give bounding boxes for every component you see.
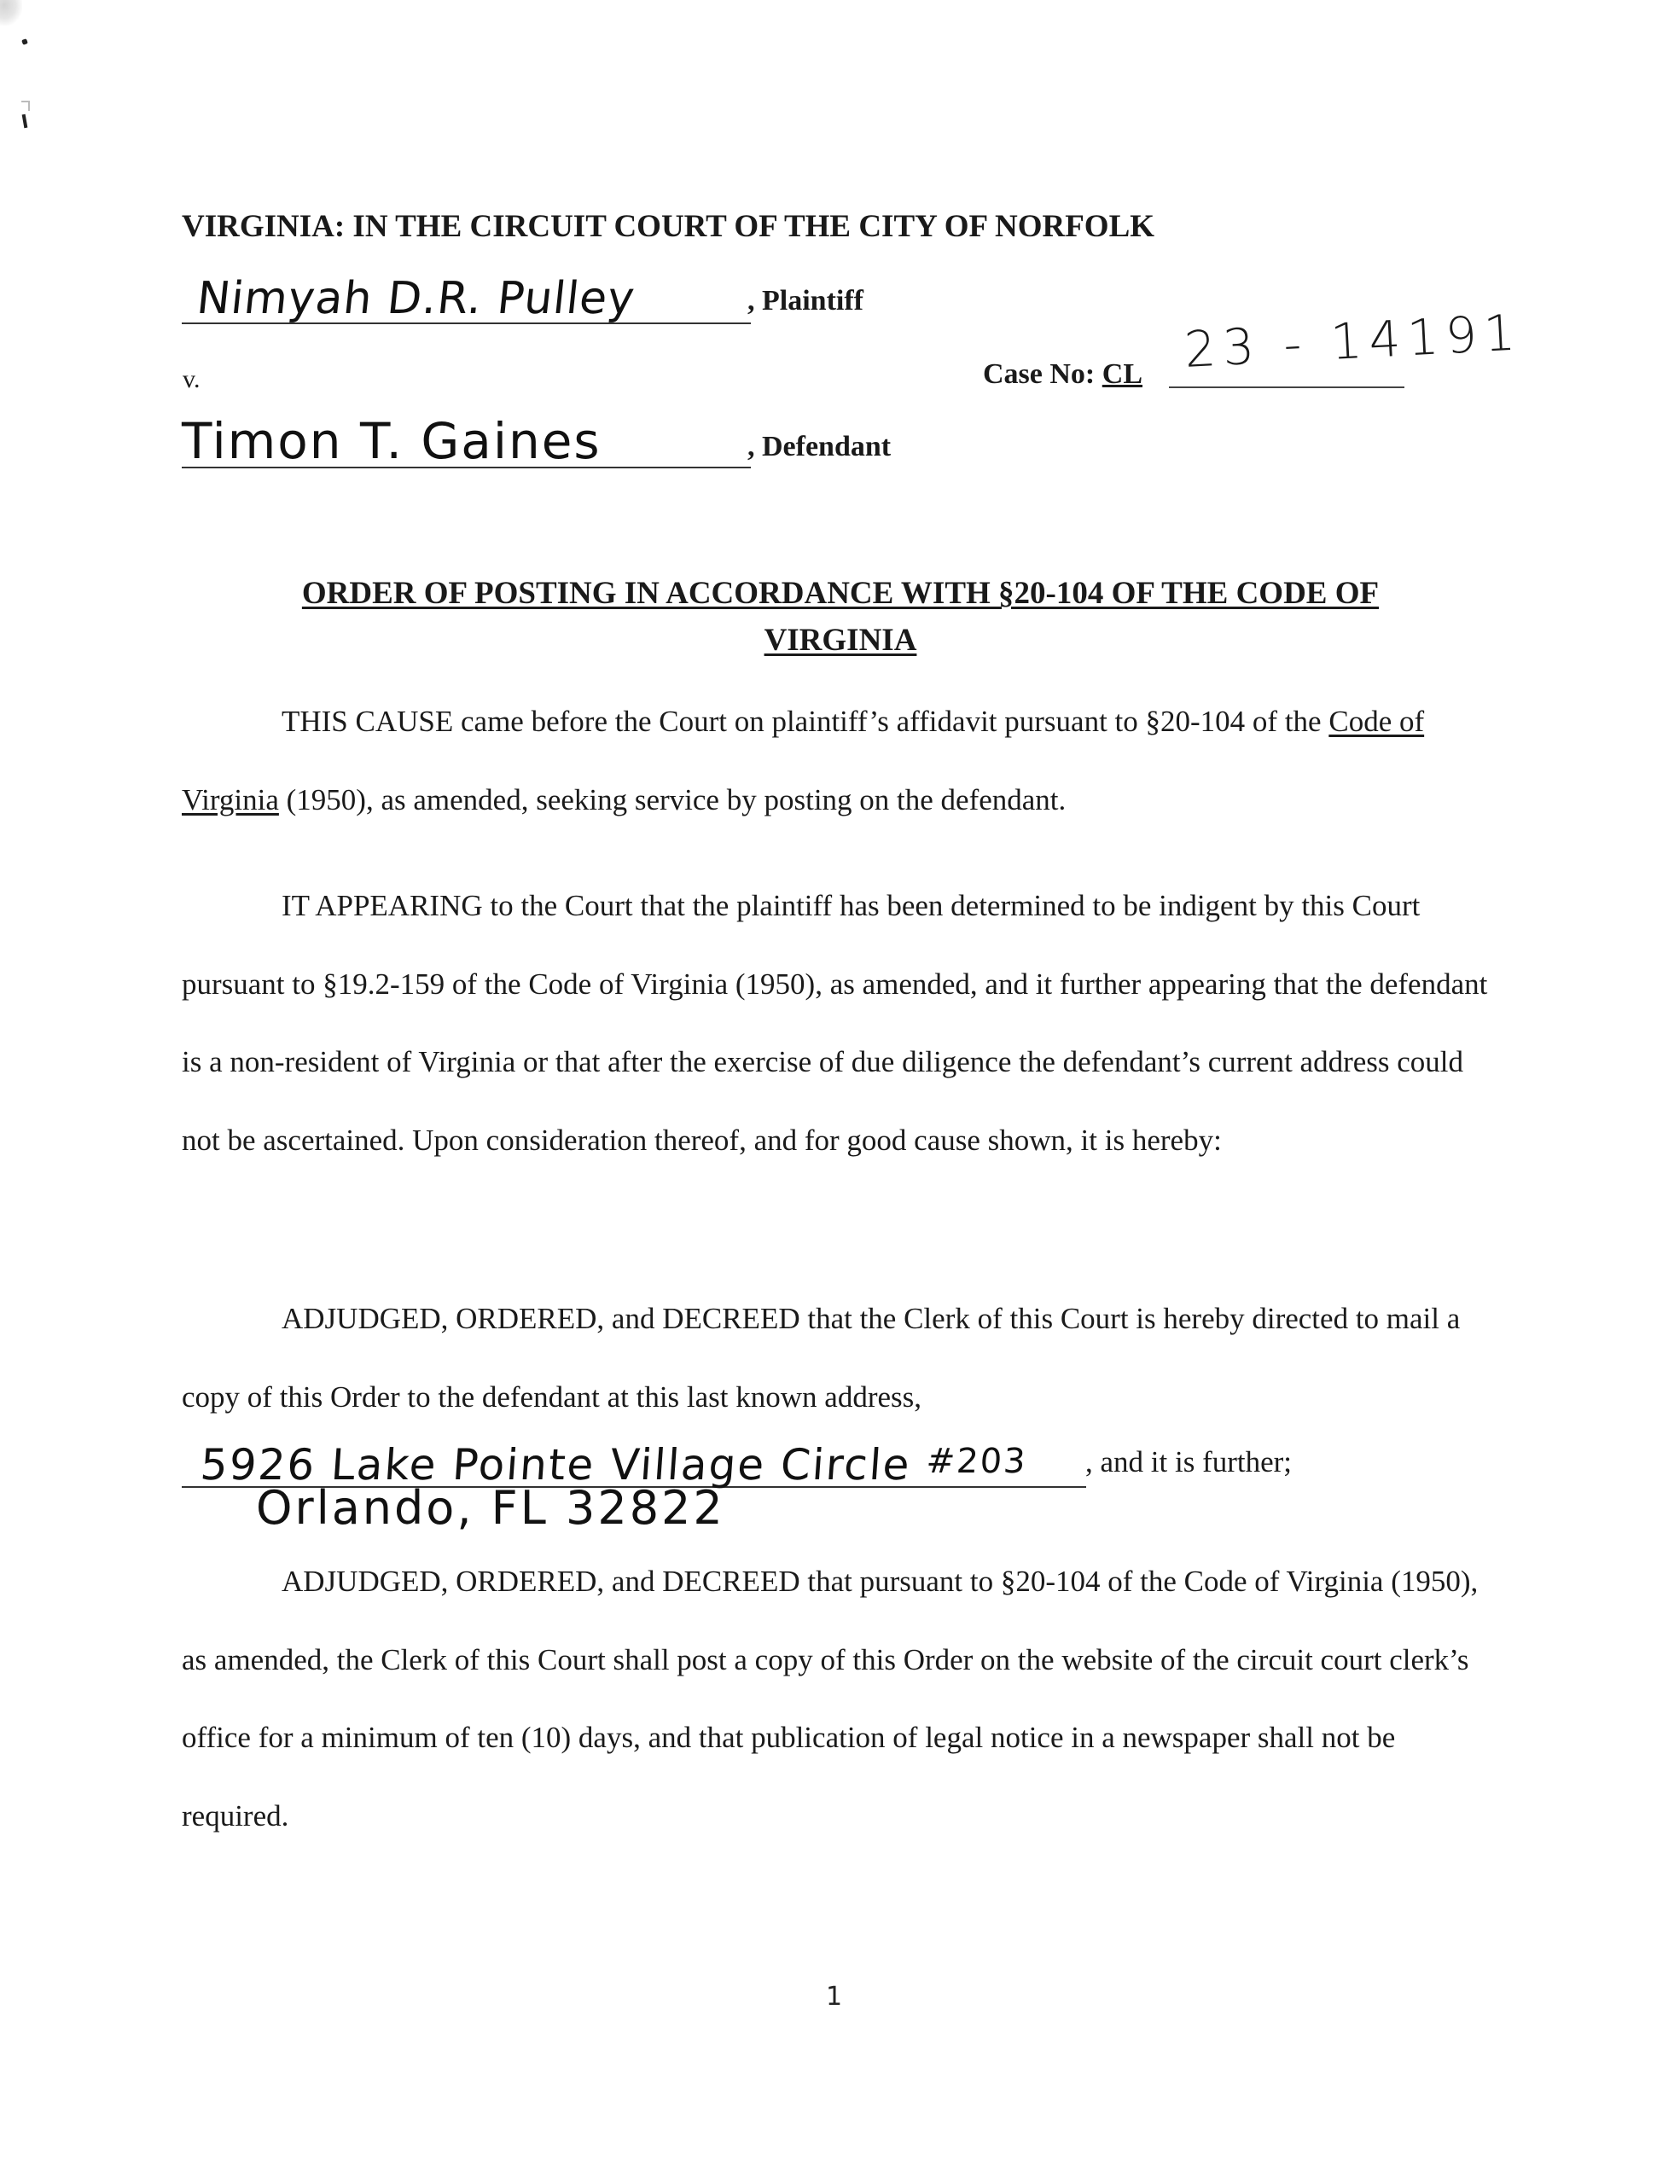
scan-speck — [21, 38, 28, 45]
paragraph-mail-order: ADJUDGED, ORDERED, and DECREED that the … — [182, 1280, 1496, 1436]
case-number-field — [1169, 386, 1404, 388]
paragraph-this-cause: THIS CAUSE came before the Court on plai… — [182, 682, 1496, 839]
paragraph-text: ADJUDGED, ORDERED, and DECREED that the … — [182, 1302, 1460, 1414]
court-header: VIRGINIA: IN THE CIRCUIT COURT OF THE CI… — [182, 208, 1154, 245]
case-number-handwritten: 23 - 14191 — [1183, 303, 1523, 379]
paragraph-text: ADJUDGED, ORDERED, and DECREED that purs… — [182, 1565, 1478, 1833]
versus-label: v. — [183, 365, 201, 394]
defendant-name-field: Timon T. Gaines — [182, 418, 751, 468]
case-number-caption: Case No: — [983, 358, 1102, 390]
paragraph-text: (1950), as amended, seeking service by p… — [279, 783, 1066, 816]
paragraph-text: THIS CAUSE came before the Court on plai… — [282, 705, 1328, 738]
plaintiff-name-field: Nimyah D.R. Pulley — [182, 273, 751, 324]
order-title-line-2: VIRGINIA — [764, 623, 917, 658]
scan-speck — [21, 101, 30, 111]
order-title: ORDER OF POSTING IN ACCORDANCE WITH §20-… — [171, 570, 1510, 664]
document-page: VIRGINIA: IN THE CIRCUIT COURT OF THE CI… — [0, 0, 1680, 2184]
plaintiff-name-handwritten: Nimyah D.R. Pulley — [195, 273, 637, 324]
order-title-line-1: ORDER OF POSTING IN ACCORDANCE WITH §20-… — [302, 576, 1379, 611]
address-unit-handwritten: #203 — [925, 1442, 1028, 1481]
plaintiff-label: , Plaintiff — [747, 285, 863, 317]
defendant-name-handwritten: Timon T. Gaines — [182, 412, 602, 470]
defendant-label: , Defendant — [747, 431, 891, 463]
case-number-prefix: CL — [1102, 358, 1142, 390]
case-number-label: Case No: CL — [983, 358, 1142, 391]
paragraph-post-order: ADJUDGED, ORDERED, and DECREED that purs… — [182, 1542, 1496, 1855]
paragraph-it-appearing: IT APPEARING to the Court that the plain… — [182, 867, 1496, 1179]
scan-speck — [22, 114, 28, 128]
address-suffix: , and it is further; — [1085, 1445, 1292, 1479]
address-line-2-handwritten: Orlando, FL 32822 — [256, 1481, 725, 1535]
paragraph-text: IT APPEARING to the Court that the plain… — [182, 889, 1487, 1157]
scan-smudge — [0, 0, 22, 26]
page-number: 1 — [826, 1982, 842, 2012]
